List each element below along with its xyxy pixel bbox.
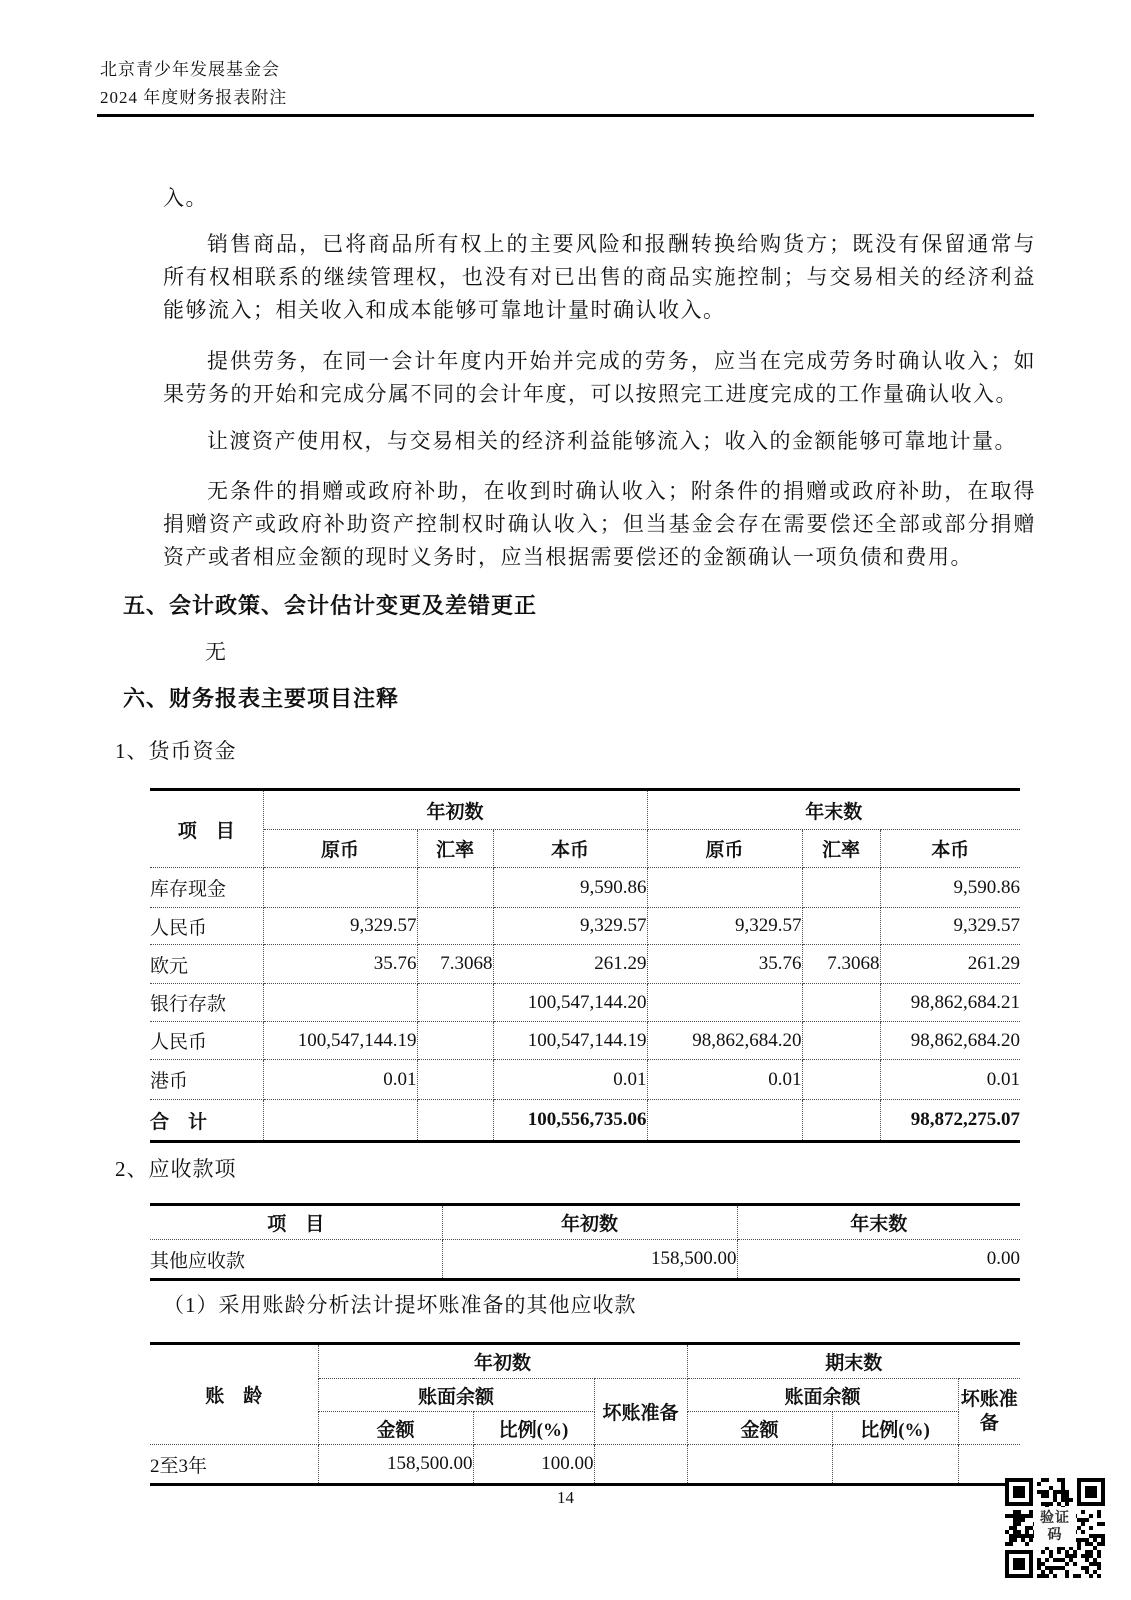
cell: 98,862,684.20: [647, 1022, 802, 1060]
qr-code: 验证 码: [1005, 1477, 1105, 1578]
col-header-end-rate: 汇率: [802, 830, 880, 868]
cell: [263, 868, 417, 908]
org-name: 北京青少年发展基金会: [100, 55, 280, 80]
document-page: 北京青少年发展基金会 2024 年度财务报表附注 入。 销售商品，已将商品所有权…: [0, 0, 1131, 1600]
col-header-begin-book-balance: 账面余额: [318, 1379, 594, 1412]
col-header-end-original: 原币: [647, 830, 802, 868]
row-label: 银行存款: [150, 984, 263, 1022]
cell: 98,862,684.20: [880, 1022, 1020, 1060]
cell: 9,329.57: [493, 908, 647, 945]
col-header-item: 项 目: [150, 790, 263, 868]
cell: 7.3068: [417, 945, 493, 984]
cell: 9,590.86: [493, 868, 647, 908]
cell: [647, 868, 802, 908]
table-row-cash: 库存现金 9,590.86 9,590.86: [150, 868, 1020, 908]
cell: [417, 1022, 493, 1060]
col-header-begin-original: 原币: [263, 830, 417, 868]
subsection-aging-analysis-title: （1）采用账龄分析法计提坏账准备的其他应收款: [163, 1289, 637, 1319]
cell: 9,590.86: [880, 868, 1020, 908]
monetary-funds-table: 项 目 年初数 年末数 原币 汇率 本币 原币 汇率 本币 库存现金 9,590…: [150, 788, 1020, 1143]
cell: [417, 868, 493, 908]
cell: 98,872,275.07: [880, 1100, 1020, 1142]
cell: [802, 908, 880, 945]
paragraph-asset-rights: 让渡资产使用权，与交易相关的经济利益能够流入；收入的金额能够可靠地计量。: [163, 425, 1036, 458]
cell: 0.01: [880, 1060, 1020, 1100]
qr-verification-label: 验证 码: [1034, 1507, 1076, 1547]
cell: 100,556,735.06: [493, 1100, 647, 1142]
cell: 0.00: [737, 1240, 1020, 1280]
col-header-begin-bad-debt: 坏账准备: [594, 1379, 687, 1445]
col-header-begin-year: 年初数: [442, 1205, 737, 1240]
col-header-age: 账 龄: [150, 1344, 318, 1445]
cell: [802, 1100, 880, 1142]
cell: 9,329.57: [647, 908, 802, 945]
cell: [802, 1022, 880, 1060]
table-row-total: 合 计 100,556,735.06 98,872,275.07: [150, 1100, 1020, 1142]
page-number: 14: [0, 1488, 1131, 1508]
subsection-receivables-title: 2、应收款项: [115, 1153, 237, 1183]
cell: 35.76: [263, 945, 417, 984]
cell: 261.29: [880, 945, 1020, 984]
subsection-monetary-funds-title: 1、货币资金: [115, 735, 237, 765]
table-row-bank-rmb: 人民币 100,547,144.19 100,547,144.19 98,862…: [150, 1022, 1020, 1060]
header-rule: [97, 114, 1034, 117]
col-header-begin-ratio: 比例(%): [473, 1412, 594, 1445]
table-row-bank-deposits: 银行存款 100,547,144.20 98,862,684.21: [150, 984, 1020, 1022]
paragraph-donations: 无条件的捐赠或政府补助，在收到时确认收入；附条件的捐赠或政府补助，在取得捐赠资产…: [163, 475, 1036, 574]
col-header-end-local: 本币: [880, 830, 1020, 868]
aging-analysis-table: 账 龄 年初数 期末数 账面余额 坏账准备 账面余额 坏账准备 金额 比例(%)…: [150, 1342, 1020, 1486]
cell: [263, 984, 417, 1022]
cell: [263, 1100, 417, 1142]
cell: [802, 868, 880, 908]
cell: 35.76: [647, 945, 802, 984]
cell: [647, 984, 802, 1022]
cell: 100,547,144.20: [493, 984, 647, 1022]
cell: [802, 1060, 880, 1100]
carryover-text: 入。: [163, 182, 208, 212]
section-6-heading: 六、财务报表主要项目注释: [123, 684, 399, 714]
section-5-heading: 五、会计政策、会计估计变更及差错更正: [123, 591, 537, 621]
cell: [802, 984, 880, 1022]
cell: 158,500.00: [442, 1240, 737, 1280]
col-header-begin-amount: 金额: [318, 1412, 473, 1445]
row-label: 2至3年: [150, 1445, 318, 1485]
row-label: 欧元: [150, 945, 263, 984]
cell: 98,862,684.21: [880, 984, 1020, 1022]
cell: 7.3068: [802, 945, 880, 984]
col-header-end-amount: 金额: [687, 1412, 832, 1445]
col-header-begin-year: 年初数: [263, 790, 647, 830]
cell: 9,329.57: [263, 908, 417, 945]
col-header-end-ratio: 比例(%): [832, 1412, 958, 1445]
section-5-content: 无: [205, 636, 226, 666]
qr-label-line2: 码: [1048, 1527, 1063, 1544]
table-row-other-receivables: 其他应收款 158,500.00 0.00: [150, 1240, 1020, 1280]
col-header-end-book-balance: 账面余额: [687, 1379, 958, 1412]
cell: 0.01: [263, 1060, 417, 1100]
cell: [417, 1060, 493, 1100]
cell: 158,500.00: [318, 1445, 473, 1485]
row-label: 港币: [150, 1060, 263, 1100]
receivables-table: 项 目 年初数 年末数 其他应收款 158,500.00 0.00: [150, 1203, 1020, 1281]
paragraph-services: 提供劳务，在同一会计年度内开始并完成的劳务，应当在完成劳务时确认收入；如果劳务的…: [163, 345, 1036, 411]
col-header-end-year: 年末数: [737, 1205, 1020, 1240]
cell: 100,547,144.19: [493, 1022, 647, 1060]
col-header-period-end: 期末数: [687, 1344, 1020, 1379]
cell: [832, 1445, 958, 1485]
cell: 261.29: [493, 945, 647, 984]
row-label: 库存现金: [150, 868, 263, 908]
row-label: 其他应收款: [150, 1240, 442, 1280]
table-row-hkd: 港币 0.01 0.01 0.01 0.01: [150, 1060, 1020, 1100]
cell: [417, 1100, 493, 1142]
row-label: 合 计: [150, 1100, 263, 1142]
cell: 0.01: [647, 1060, 802, 1100]
col-header-begin-local: 本币: [493, 830, 647, 868]
cell: 100,547,144.19: [263, 1022, 417, 1060]
row-label: 人民币: [150, 1022, 263, 1060]
qr-label-line1: 验证: [1040, 1510, 1070, 1527]
table-row-2-to-3-years: 2至3年 158,500.00 100.00: [150, 1445, 1020, 1485]
cell: [594, 1445, 687, 1485]
cell: 100.00: [473, 1445, 594, 1485]
paragraph-sales: 销售商品，已将商品所有权上的主要风险和报酬转换给购货方；既没有保留通常与所有权相…: [163, 228, 1036, 327]
cell: [647, 1100, 802, 1142]
cell: [687, 1445, 832, 1485]
col-header-begin-year: 年初数: [318, 1344, 687, 1379]
cell: 0.01: [493, 1060, 647, 1100]
col-header-end-year: 年末数: [647, 790, 1020, 830]
cell: 9,329.57: [880, 908, 1020, 945]
doc-title: 2024 年度财务报表附注: [100, 83, 287, 108]
table-row-euro: 欧元 35.76 7.3068 261.29 35.76 7.3068 261.…: [150, 945, 1020, 984]
cell: [417, 908, 493, 945]
col-header-end-bad-debt: 坏账准备: [958, 1379, 1020, 1445]
cell: [417, 984, 493, 1022]
col-header-item: 项 目: [150, 1205, 442, 1240]
row-label: 人民币: [150, 908, 263, 945]
col-header-begin-rate: 汇率: [417, 830, 493, 868]
table-row-cash-rmb: 人民币 9,329.57 9,329.57 9,329.57 9,329.57: [150, 908, 1020, 945]
